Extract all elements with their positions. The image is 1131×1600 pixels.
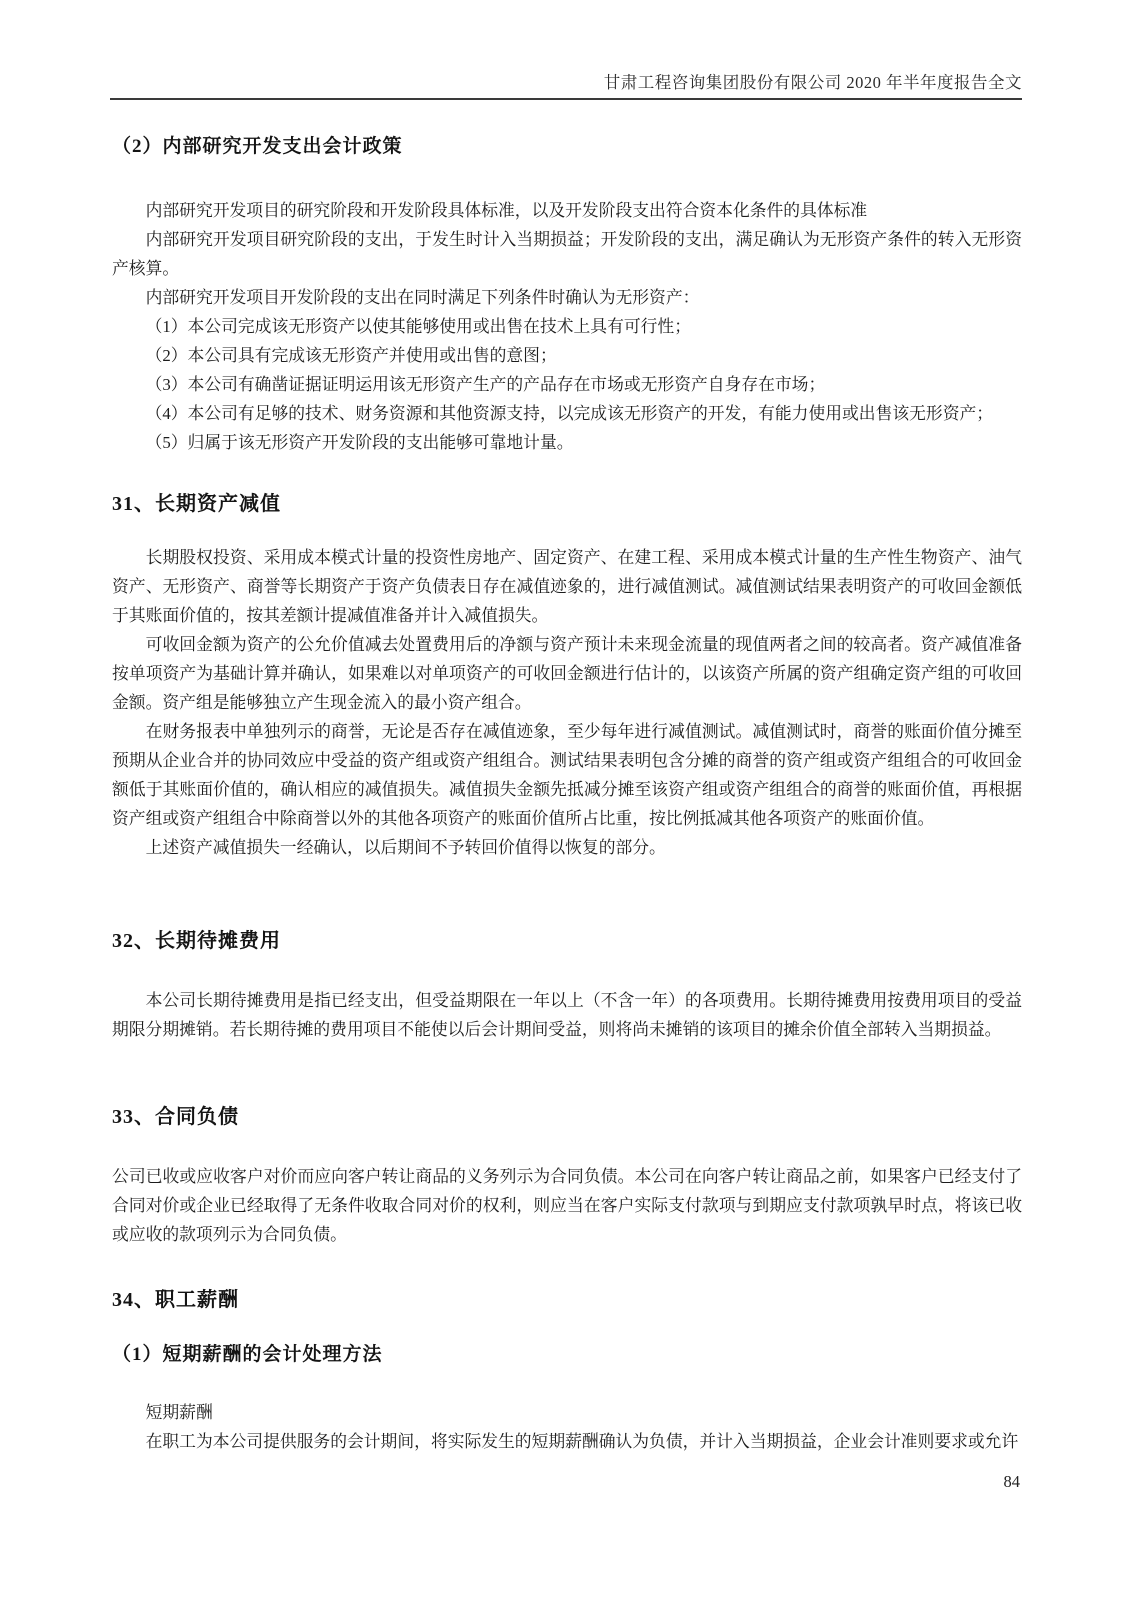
section-34-body: 短期薪酬 在职工为本公司提供服务的会计期间，将实际发生的短期薪酬确认为负债，并计… [112,1398,1022,1456]
paragraph-contract-liabilities: 公司已收或应收客户对价而应向客户转让商品的义务列示为合同负债。本公司在向客户转让… [112,1162,1022,1249]
section-32-body: 本公司长期待摊费用是指已经支出，但受益期限在一年以上（不含一年）的各项费用。长期… [112,986,1022,1044]
report-header-title: 甘肃工程咨询集团股份有限公司 2020 年半年度报告全文 [112,72,1022,94]
paragraph-recoverable-amount: 可收回金额为资产的公允价值减去处置费用后的净额与资产预计未来现金流量的现值两者之… [112,630,1022,717]
paragraph-impairment-no-reversal: 上述资产减值损失一经确认，以后期间不予转回价值得以恢复的部分。 [112,833,1022,862]
paragraph-impairment-scope: 长期股权投资、采用成本模式计量的投资性房地产、固定资产、在建工程、采用成本模式计… [112,543,1022,630]
heading-section-32-long-term-deferred-expenses: 32、长期待摊费用 [112,928,1022,955]
section-internal-rd: 内部研究开发项目的研究阶段和开发阶段具体标准，以及开发阶段支出符合资本化条件的具… [112,196,1022,457]
report-body: （2）内部研究开发支出会计政策 内部研究开发项目的研究阶段和开发阶段具体标准，以… [112,133,1022,1456]
list-item-condition-1: （1）本公司完成该无形资产以使其能够使用或出售在技术上具有可行性； [112,312,1022,341]
header-rule [110,98,1022,100]
list-item-condition-4: （4）本公司有足够的技术、财务资源和其他资源支持，以完成该无形资产的开发，有能力… [112,399,1022,428]
heading-short-term-compensation-method: （1）短期薪酬的会计处理方法 [112,1341,1022,1368]
paragraph-rd-criteria: 内部研究开发项目的研究阶段和开发阶段具体标准，以及开发阶段支出符合资本化条件的具… [112,196,1022,225]
list-item-condition-5: （5）归属于该无形资产开发阶段的支出能够可靠地计量。 [112,428,1022,457]
section-33-body: 公司已收或应收客户对价而应向客户转让商品的义务列示为合同负债。本公司在向客户转让… [112,1162,1022,1249]
paragraph-goodwill-impairment: 在财务报表中单独列示的商誉，无论是否存在减值迹象，至少每年进行减值测试。减值测试… [112,717,1022,833]
list-item-condition-2: （2）本公司具有完成该无形资产并使用或出售的意图； [112,341,1022,370]
paragraph-rd-development-stage: 内部研究开发项目开发阶段的支出在同时满足下列条件时确认为无形资产： [112,283,1022,312]
page-number: 84 [112,1472,1026,1492]
paragraph-short-term-compensation-detail: 在职工为本公司提供服务的会计期间，将实际发生的短期薪酬确认为负债，并计入当期损益… [112,1427,1022,1456]
heading-section-33-contract-liabilities: 33、合同负债 [112,1104,1022,1131]
section-31-body: 长期股权投资、采用成本模式计量的投资性房地产、固定资产、在建工程、采用成本模式计… [112,543,1022,862]
paragraph-deferred-expenses: 本公司长期待摊费用是指已经支出，但受益期限在一年以上（不含一年）的各项费用。长期… [112,986,1022,1044]
page-header: 甘肃工程咨询集团股份有限公司 2020 年半年度报告全文 [112,72,1022,100]
heading-section-34-employee-compensation: 34、职工薪酬 [112,1287,1022,1314]
paragraph-short-term-compensation-label: 短期薪酬 [112,1398,1022,1427]
heading-section-31-long-term-asset-impairment: 31、长期资产减值 [112,491,1022,518]
paragraph-rd-research-stage: 内部研究开发项目研究阶段的支出，于发生时计入当期损益；开发阶段的支出，满足确认为… [112,225,1022,283]
heading-internal-rd-expenditure-policy: （2）内部研究开发支出会计政策 [112,133,1022,160]
list-item-condition-3: （3）本公司有确凿证据证明运用该无形资产生产的产品存在市场或无形资产自身存在市场… [112,370,1022,399]
report-page: 甘肃工程咨询集团股份有限公司 2020 年半年度报告全文 （2）内部研究开发支出… [0,0,1131,1600]
